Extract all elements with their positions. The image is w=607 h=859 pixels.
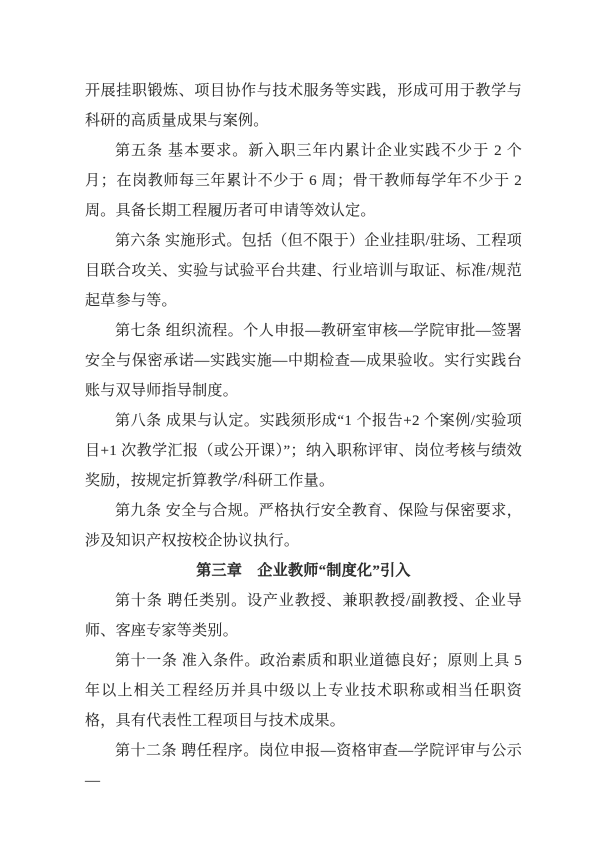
- article-7-paragraph: 第七条 组织流程。个人申报—教研室审核—学院审批—签署安全与保密承诺—实践实施—…: [85, 316, 522, 406]
- article-5-paragraph: 第五条 基本要求。新入职三年内累计企业实践不少于 2 个月；在岗教师每三年累计不…: [85, 136, 522, 226]
- article-10-paragraph: 第十条 聘任类别。设产业教授、兼职教授/副教授、企业导师、客座专家等类别。: [85, 586, 522, 646]
- document-page: 开展挂职锻炼、项目协作与技术服务等实践，形成可用于教学与科研的高质量成果与案例。…: [0, 0, 607, 859]
- article-12-paragraph: 第十二条 聘任程序。岗位申报—资格审查—学院评审与公示—: [85, 736, 522, 796]
- article-9-paragraph: 第九条 安全与合规。严格执行安全教育、保险与保密要求，涉及知识产权按校企协议执行…: [85, 496, 522, 556]
- paragraph-continued: 开展挂职锻炼、项目协作与技术服务等实践，形成可用于教学与科研的高质量成果与案例。: [85, 76, 522, 136]
- article-8-paragraph: 第八条 成果与认定。实践须形成“1 个报告+2 个案例/实验项目+1 次教学汇报…: [85, 406, 522, 496]
- article-11-paragraph: 第十一条 准入条件。政治素质和职业道德良好；原则上具 5 年以上相关工程经历并具…: [85, 646, 522, 736]
- chapter-3-heading: 第三章 企业教师“制度化”引入: [85, 556, 522, 586]
- article-6-paragraph: 第六条 实施形式。包括（但不限于）企业挂职/驻场、工程项目联合攻关、实验与试验平…: [85, 226, 522, 316]
